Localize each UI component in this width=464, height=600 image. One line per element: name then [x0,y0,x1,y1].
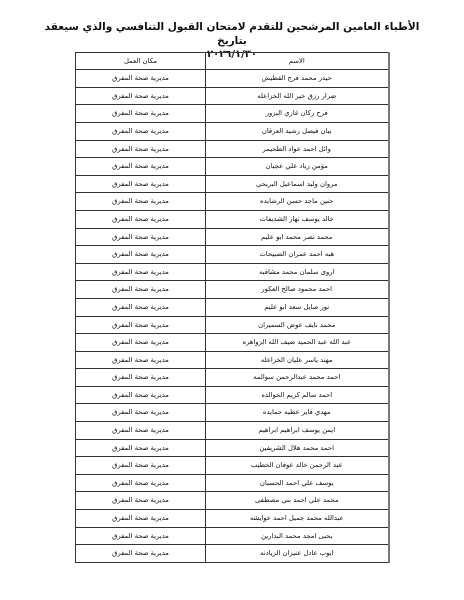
table-row: يحيى امجد محمد البدارينمديرية صحة المفرق [76,527,389,545]
candidate-name: نور صايل سعد ابو عليم [206,298,389,316]
candidate-workplace: مديرية صحة المفرق [76,175,206,193]
candidate-name: عبد الرحمن خالد عوفان الخطيب [206,457,389,475]
candidate-name: محمد علي احمد بني مصطفى [206,492,389,510]
table-row: نور صايل سعد ابو عليممديرية صحة المفرق [76,298,389,316]
candidate-name: عبدالله محمد جميل احمد عوايشه [206,510,389,528]
table-row: بيان فيصل رشيد العرقانمديرية صحة المفرق [76,122,389,140]
candidate-workplace: مديرية صحة المفرق [76,386,206,404]
candidate-workplace: مديرية صحة المفرق [76,263,206,281]
candidate-workplace: مديرية صحة المفرق [76,298,206,316]
table-row: مؤمن زياد علي عجيانمديرية صحة المفرق [76,158,389,176]
candidate-name: حنين ماجد حسن الرشايده [206,193,389,211]
candidate-name: ضرار رزق خير الله الخزاعله [206,87,389,105]
table-row: احمد محمد هلال الشريفينمديرية صحة المفرق [76,439,389,457]
candidate-workplace: مديرية صحة المفرق [76,193,206,211]
table-row: محمد علي احمد بني مصطفىمديرية صحة المفرق [76,492,389,510]
candidate-workplace: مديرية صحة المفرق [76,210,206,228]
candidate-name: هبه احمد عمران الصبيحات [206,246,389,264]
table-row: هبه احمد عمران الصبيحاتمديرية صحة المفرق [76,246,389,264]
candidate-name: مهند ياسر عليان الخزاعله [206,351,389,369]
candidate-workplace: مديرية صحة المفرق [76,122,206,140]
candidate-workplace: مديرية صحة المفرق [76,228,206,246]
candidate-workplace: مديرية صحة المفرق [76,70,206,88]
candidate-name: حيدر محمد فرج القطيش [206,70,389,88]
candidate-workplace: مديرية صحة المفرق [76,105,206,123]
table-row: ضرار رزق خير الله الخزاعلهمديرية صحة الم… [76,87,389,105]
candidate-name: محمد نصر محمد ابو عليم [206,228,389,246]
table-header-row: الاسم مكان العمل [76,53,389,70]
candidate-name: ايمن يوسف ابراهيم ابراهيم [206,422,389,440]
candidate-name: خالد يوسف نهار الشديفات [206,210,389,228]
candidate-name: مؤمن زياد علي عجيان [206,158,389,176]
candidate-workplace: مديرية صحة المفرق [76,158,206,176]
candidate-workplace: مديرية صحة المفرق [76,457,206,475]
candidate-name: احمد محمود صالح العكور [206,281,389,299]
table-row: حيدر محمد فرج القطيشمديرية صحة المفرق [76,70,389,88]
table-row: احمد محمود صالح العكورمديرية صحة المفرق [76,281,389,299]
candidate-workplace: مديرية صحة المفرق [76,510,206,528]
table-body: حيدر محمد فرج القطيشمديرية صحة المفرقضرا… [76,70,389,563]
candidate-workplace: مديرية صحة المفرق [76,404,206,422]
table-row: احمد محمد عبدالرحمن سوالمهمديرية صحة الم… [76,369,389,387]
candidate-workplace: مديرية صحة المفرق [76,492,206,510]
candidate-workplace: مديرية صحة المفرق [76,439,206,457]
table-row: محمد نصر محمد ابو عليممديرية صحة المفرق [76,228,389,246]
header-name: الاسم [206,53,389,70]
candidate-name: محمد نايف عوض السميران [206,316,389,334]
candidate-workplace: مديرية صحة المفرق [76,527,206,545]
table-row: ايوب عادل عنيزان الزيادنهمديرية صحة المف… [76,545,389,563]
candidate-name: احمد سالم كريم الخوالده [206,386,389,404]
candidate-name: مهدي فايز عطيه حمايده [206,404,389,422]
candidate-name: احمد محمد عبدالرحمن سوالمه [206,369,389,387]
candidate-name: احمد محمد هلال الشريفين [206,439,389,457]
table-row: مهند ياسر عليان الخزاعلهمديرية صحة المفر… [76,351,389,369]
table-row: عبدالله محمد جميل احمد عوايشهمديرية صحة … [76,510,389,528]
header-workplace: مكان العمل [76,53,206,70]
table-row: يوسف علي احمد الحسبانمديرية صحة المفرق [76,474,389,492]
candidate-workplace: مديرية صحة المفرق [76,316,206,334]
candidate-workplace: مديرية صحة المفرق [76,369,206,387]
table-row: خالد يوسف نهار الشديفاتمديرية صحة المفرق [76,210,389,228]
candidate-workplace: مديرية صحة المفرق [76,422,206,440]
table-row: احمد سالم كريم الخوالدهمديرية صحة المفرق [76,386,389,404]
candidate-name: يحيى امجد محمد البدارين [206,527,389,545]
candidate-workplace: مديرية صحة المفرق [76,87,206,105]
table-row: مروان وليد اسماعيل البريحيمديرية صحة الم… [76,175,389,193]
candidate-workplace: مديرية صحة المفرق [76,140,206,158]
candidates-table: الاسم مكان العمل حيدر محمد فرج القطيشمدي… [75,52,390,563]
table-row: محمد نايف عوض السميرانمديرية صحة المفرق [76,316,389,334]
table-row: فرح ركان غازي البزورمديرية صحة المفرق [76,105,389,123]
table-row: ايمن يوسف ابراهيم ابراهيممديرية صحة المف… [76,422,389,440]
candidate-name: وائل احمد عواد الطحيمر [206,140,389,158]
title-text: الأطباء العامين المرشحين للتقدم لامتحان … [45,21,420,47]
candidate-workplace: مديرية صحة المفرق [76,545,206,563]
table-row: وائل احمد عواد الطحيمرمديرية صحة المفرق [76,140,389,158]
candidate-workplace: مديرية صحة المفرق [76,474,206,492]
table-row: عبد الرحمن خالد عوفان الخطيبمديرية صحة ا… [76,457,389,475]
candidate-name: يوسف علي احمد الحسبان [206,474,389,492]
candidate-workplace: مديرية صحة المفرق [76,281,206,299]
candidate-workplace: مديرية صحة المفرق [76,351,206,369]
table-row: اروى سلمان محمد مشاقبهمديرية صحة المفرق [76,263,389,281]
candidate-workplace: مديرية صحة المفرق [76,334,206,352]
candidate-name: فرح ركان غازي البزور [206,105,389,123]
candidate-name: ايوب عادل عنيزان الزيادنه [206,545,389,563]
candidate-name: عبد الله عبد الحميد ضيف الله الزواهره [206,334,389,352]
candidate-workplace: مديرية صحة المفرق [76,246,206,264]
candidate-name: بيان فيصل رشيد العرقان [206,122,389,140]
candidate-name: اروى سلمان محمد مشاقبه [206,263,389,281]
candidate-name: مروان وليد اسماعيل البريحي [206,175,389,193]
table-row: مهدي فايز عطيه حمايدهمديرية صحة المفرق [76,404,389,422]
table-row: حنين ماجد حسن الرشايدهمديرية صحة المفرق [76,193,389,211]
table-row: عبد الله عبد الحميد ضيف الله الزواهرهمدي… [76,334,389,352]
